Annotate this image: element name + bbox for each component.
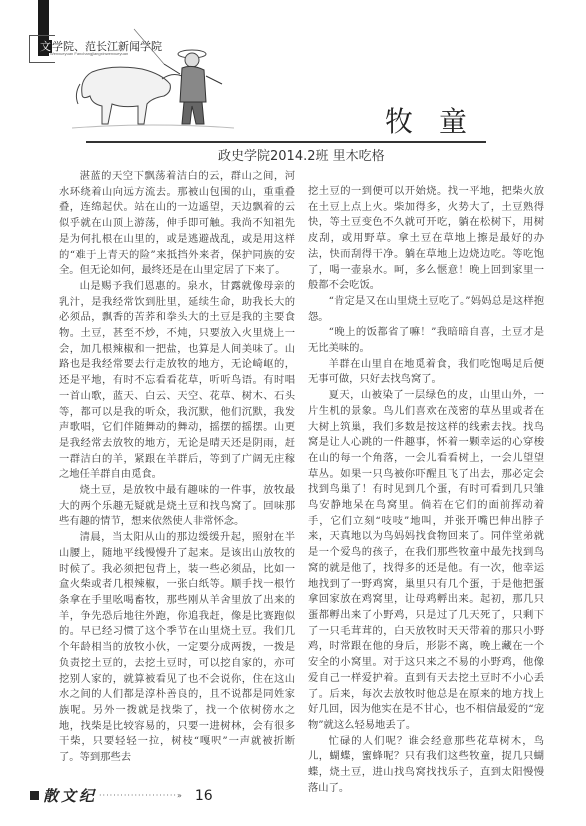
paragraph: “晚上的饭都省了嘛！”我暗暗自喜，土豆才是无比美味的。 — [308, 325, 544, 356]
article-column-left: 湛蓝的天空下飘荡着洁白的云，群山之间，河水环绕着山向远方流去。那被山包围的山，重… — [59, 169, 295, 766]
paragraph: 山是赐予我们恩惠的。泉水，甘露就像母亲的乳汁，是我经常饮到肚里，延续生命，助我长… — [59, 279, 295, 483]
herd-boy-buffalo-illustration — [72, 24, 234, 140]
article-title: 牧童 — [385, 100, 493, 140]
magazine-section-title: 散文纪 — [43, 785, 97, 806]
black-square-icon — [30, 791, 39, 800]
paragraph: 湛蓝的天空下飘荡着洁白的云，群山之间，河水环绕着山向远方流去。那被山包围的山，重… — [59, 169, 295, 279]
paragraph: 清晨，当太阳从山的那边缓缓升起，照射在半山腰上，随地平线慢慢升了起来。是该出山放… — [59, 530, 295, 766]
paragraph: 烧土豆，是放牧中最有趣味的一件事，放牧最大的两个乐趣无疑就是烧土豆和找鸟窝了。回… — [59, 483, 295, 530]
paragraph: “肯定是又在山里烧土豆吃了。”妈妈总是这样抱怨。 — [308, 294, 544, 325]
article-byline: 政史学院2014.2班 里木吃格 — [218, 145, 385, 164]
paragraph: 夏天，山被染了一层绿色的皮，山里山外，一片生机的景象。鸟儿们喜欢在茂密的草丛里或… — [308, 388, 544, 733]
paragraph: 挖土豆的一到便可以开始烧。找一平地，把柴火放在土豆上点上火。柴加得多，火势大了，… — [308, 184, 544, 294]
title-underline-right — [300, 141, 486, 143]
page-footer: 散文纪 ······················» 16 — [30, 785, 213, 806]
paragraph: 羊群在山里自在地觅着食，我们吃饱喝足后便无事可做，只好去找鸟窝了。 — [308, 357, 544, 388]
page-number: 16 — [195, 788, 213, 804]
article-column-right: 挖土豆的一到便可以开始烧。找一平地，把柴火放在土豆上点上火。柴加得多，火势大了，… — [308, 184, 544, 796]
title-underline-left — [86, 141, 300, 143]
paragraph: 忙碌的人们呢？谁会经意那些花草树木，鸟儿，蝴蝶，蜜蜂呢？只有我们这些牧童，捉几只… — [308, 734, 544, 797]
footer-dots: ······················» — [99, 791, 183, 800]
